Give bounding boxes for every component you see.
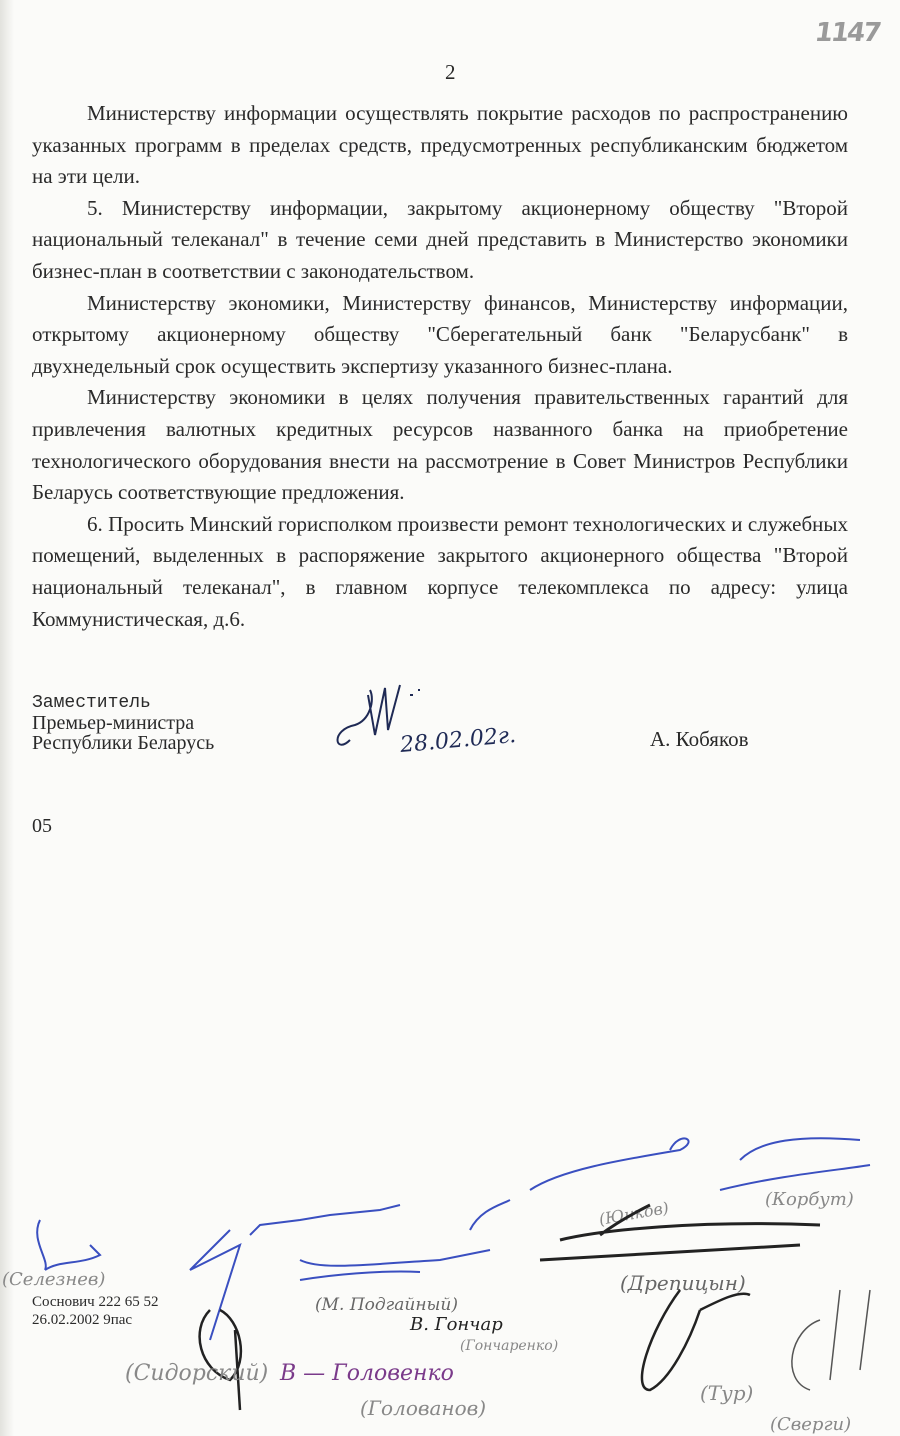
svg-text:(Дрепицын): (Дрепицын) <box>620 1271 746 1295</box>
executor-date: 26.02.2002 9пас <box>32 1311 158 1329</box>
approval-signatures-icon: (Селезнев) (М. Подгайный) (Юнков) (Корбу… <box>0 1120 900 1436</box>
svg-text:(Селезнев): (Селезнев) <box>2 1269 105 1290</box>
paragraph: Министерству экономики, Министерству фин… <box>32 288 848 383</box>
paragraph: Министерству информации осуществлять пок… <box>32 98 848 193</box>
svg-text:В — Головенко: В — Головенко <box>279 1361 454 1386</box>
executor-info: Соснович 222 65 52 26.02.2002 9пас <box>32 1293 158 1329</box>
svg-text:(Голованов): (Голованов) <box>360 1396 486 1420</box>
signatory-title: Заместитель Премьер-министра Республики … <box>32 693 214 753</box>
executor-name-phone: Соснович 222 65 52 <box>32 1293 158 1311</box>
page-number: 2 <box>445 60 456 85</box>
signatory-title-line: Премьер-министра <box>32 713 214 733</box>
svg-text:(Корбут): (Корбут) <box>765 1189 854 1210</box>
signatory-title-line: Заместитель <box>32 693 214 713</box>
svg-text:(Гончаренко): (Гончаренко) <box>460 1338 558 1354</box>
archive-page-mark: 1147 <box>813 18 882 48</box>
document-code: 05 <box>32 815 52 838</box>
paragraph-item-5: 5. Министерству информации, закрытому ак… <box>32 193 848 288</box>
document-body: Министерству информации осуществлять пок… <box>32 98 848 635</box>
paragraph-item-6: 6. Просить Минский горисполком произвест… <box>32 509 848 635</box>
svg-text:(М. Подгайный): (М. Подгайный) <box>315 1295 458 1315</box>
svg-text:В. Гончар: В. Гончар <box>409 1314 503 1335</box>
svg-text:(Тур): (Тур) <box>700 1381 753 1405</box>
svg-text:(Сверги): (Сверги) <box>770 1414 851 1435</box>
paragraph: Министерству экономики в целях получения… <box>32 382 848 508</box>
signatory-name: А. Кобяков <box>650 727 749 752</box>
svg-text:(Сидорский): (Сидорский) <box>125 1361 268 1386</box>
signatory-title-line: Республики Беларусь <box>32 733 214 753</box>
